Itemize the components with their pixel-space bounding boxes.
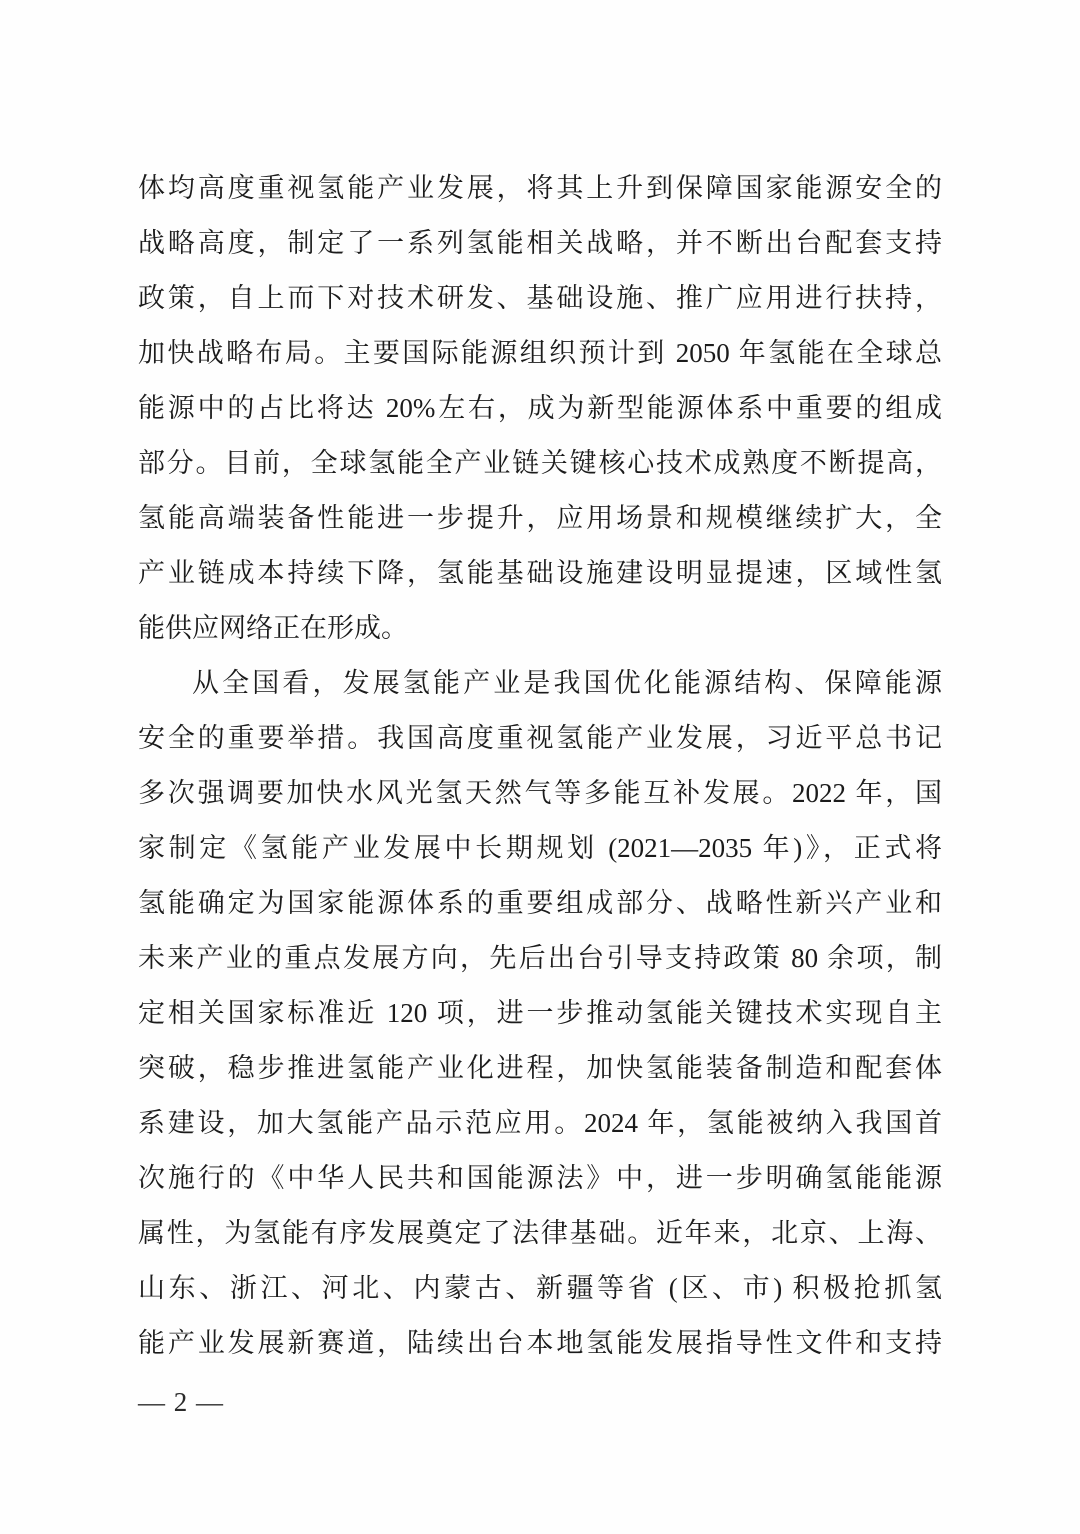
text-line: 产业链成本持续下降，氢能基础设施建设明显提速，区域性氢 (138, 546, 942, 601)
text-line: 未来产业的重点发展方向，先后出台引导支持政策 80 余项，制 (138, 931, 942, 986)
text-line: 多次强调要加快水风光氢天然气等多能互补发展。2022 年，国 (138, 766, 942, 821)
text-line: 次施行的《中华人民共和国能源法》中，进一步明确氢能能源 (138, 1151, 942, 1206)
text-line: 山东、浙江、河北、内蒙古、新疆等省 (区、市) 积极抢抓氢 (138, 1261, 942, 1316)
text-line: 部分。目前，全球氢能全产业链关键核心技术成熟度不断提高， (138, 436, 942, 491)
text-line: 系建设，加大氢能产品示范应用。2024 年，氢能被纳入我国首 (138, 1096, 942, 1151)
text-line: 能源中的占比将达 20%左右，成为新型能源体系中重要的组成 (138, 381, 942, 436)
text-line: 从全国看，发展氢能产业是我国优化能源结构、保障能源 (138, 656, 942, 711)
text-line: 体均高度重视氢能产业发展，将其上升到保障国家能源安全的 (138, 161, 942, 216)
text-line: 战略高度，制定了一系列氢能相关战略，并不断出台配套支持 (138, 216, 942, 271)
text-line: 家制定《氢能产业发展中长期规划 (2021—2035 年)》，正式将 (138, 821, 942, 876)
text-line: 加快战略布局。主要国际能源组织预计到 2050 年氢能在全球总 (138, 326, 942, 381)
text-line: 氢能确定为国家能源体系的重要组成部分、战略性新兴产业和 (138, 876, 942, 931)
text-line: 定相关国家标准近 120 项，进一步推动氢能关键技术实现自主 (138, 986, 942, 1041)
page-body-text: 体均高度重视氢能产业发展，将其上升到保障国家能源安全的 战略高度，制定了一系列氢… (138, 161, 942, 1371)
paragraph-1: 体均高度重视氢能产业发展，将其上升到保障国家能源安全的 战略高度，制定了一系列氢… (138, 161, 942, 656)
document-page: 体均高度重视氢能产业发展，将其上升到保障国家能源安全的 战略高度，制定了一系列氢… (0, 0, 1080, 1534)
text-line: 能产业发展新赛道，陆续出台本地氢能发展指导性文件和支持 (138, 1316, 942, 1371)
paragraph-2: 从全国看，发展氢能产业是我国优化能源结构、保障能源 安全的重要举措。我国高度重视… (138, 656, 942, 1371)
text-line: 氢能高端装备性能进一步提升，应用场景和规模继续扩大，全 (138, 491, 942, 546)
text-line: 安全的重要举措。我国高度重视氢能产业发展，习近平总书记 (138, 711, 942, 766)
text-line: 能供应网络正在形成。 (138, 601, 942, 656)
text-line: 属性，为氢能有序发展奠定了法律基础。近年来，北京、上海、 (138, 1206, 942, 1261)
text-line: 政策，自上而下对技术研发、基础设施、推广应用进行扶持， (138, 271, 942, 326)
text-line: 突破，稳步推进氢能产业化进程，加快氢能装备制造和配套体 (138, 1041, 942, 1096)
page-number: — 2 — (138, 1379, 224, 1425)
